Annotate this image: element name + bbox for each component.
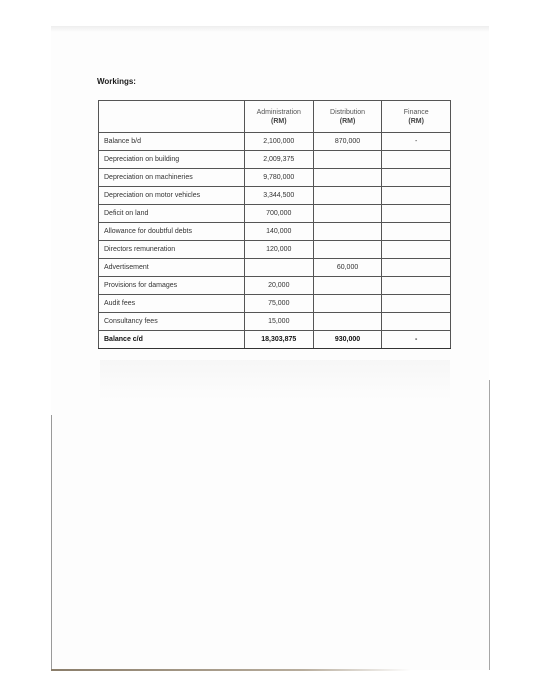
- header-administration-unit: (RM): [250, 117, 308, 126]
- cell-finance: [382, 151, 451, 169]
- row-label: Advertisement: [99, 259, 245, 277]
- show-through-bleed: [100, 360, 450, 400]
- cell-finance: [382, 187, 451, 205]
- page-bottom-edge: [51, 669, 411, 671]
- cell-distribution: [313, 151, 382, 169]
- header-finance-name: Finance: [404, 109, 429, 116]
- row-label: Provisions for damages: [99, 277, 245, 295]
- header-finance: Finance (RM): [382, 101, 451, 133]
- table-body: Balance b/d2,100,000870,000-Depreciation…: [99, 133, 451, 349]
- cell-administration: 75,000: [244, 295, 313, 313]
- row-label: Depreciation on motor vehicles: [99, 187, 245, 205]
- table-header-row: Administration (RM) Distribution (RM) Fi…: [99, 101, 451, 133]
- workings-table: Administration (RM) Distribution (RM) Fi…: [98, 100, 451, 349]
- cell-finance: [382, 295, 451, 313]
- table-row: Deficit on land700,000: [99, 205, 451, 223]
- row-label: Consultancy fees: [99, 313, 245, 331]
- row-label: Depreciation on building: [99, 151, 245, 169]
- cell-administration: 140,000: [244, 223, 313, 241]
- header-empty: [99, 101, 245, 133]
- table-row: Provisions for damages20,000: [99, 277, 451, 295]
- table-row: Depreciation on building2,009,375: [99, 151, 451, 169]
- cell-administration: 700,000: [244, 205, 313, 223]
- total-distribution: 930,000: [313, 331, 382, 349]
- page-right-edge: [489, 380, 490, 670]
- cell-distribution: [313, 187, 382, 205]
- header-distribution: Distribution (RM): [313, 101, 382, 133]
- cell-distribution: [313, 223, 382, 241]
- row-label: Deficit on land: [99, 205, 245, 223]
- header-finance-unit: (RM): [387, 117, 445, 126]
- table-row: Advertisement60,000: [99, 259, 451, 277]
- cell-administration: 2,009,375: [244, 151, 313, 169]
- header-administration: Administration (RM): [244, 101, 313, 133]
- row-label: Directors remuneration: [99, 241, 245, 259]
- row-label: Balance b/d: [99, 133, 245, 151]
- cell-finance: [382, 169, 451, 187]
- cell-distribution: 870,000: [313, 133, 382, 151]
- cell-distribution: [313, 169, 382, 187]
- cell-distribution: [313, 277, 382, 295]
- table-row: Allowance for doubtful debts140,000: [99, 223, 451, 241]
- workings-heading: Workings:: [97, 77, 136, 86]
- cell-finance: [382, 223, 451, 241]
- table-row: Depreciation on machineries9,780,000: [99, 169, 451, 187]
- cell-finance: [382, 205, 451, 223]
- row-label: Allowance for doubtful debts: [99, 223, 245, 241]
- cell-administration: 2,100,000: [244, 133, 313, 151]
- total-administration: 18,303,875: [244, 331, 313, 349]
- header-distribution-unit: (RM): [319, 117, 377, 126]
- cell-distribution: [313, 313, 382, 331]
- cell-administration: [244, 259, 313, 277]
- cell-administration: 15,000: [244, 313, 313, 331]
- header-administration-name: Administration: [257, 109, 301, 116]
- row-label: Audit fees: [99, 295, 245, 313]
- cell-finance: [382, 241, 451, 259]
- cell-administration: 120,000: [244, 241, 313, 259]
- page-left-edge: [51, 415, 52, 671]
- total-finance: -: [382, 331, 451, 349]
- cell-administration: 20,000: [244, 277, 313, 295]
- table-row: Balance b/d2,100,000870,000-: [99, 133, 451, 151]
- table-row: Depreciation on motor vehicles3,344,500: [99, 187, 451, 205]
- table-row: Directors remuneration120,000: [99, 241, 451, 259]
- table-row: Audit fees75,000: [99, 295, 451, 313]
- table-total-row: Balance c/d18,303,875930,000-: [99, 331, 451, 349]
- header-distribution-name: Distribution: [330, 109, 365, 116]
- cell-finance: [382, 277, 451, 295]
- cell-distribution: [313, 205, 382, 223]
- row-label: Depreciation on machineries: [99, 169, 245, 187]
- cell-finance: [382, 259, 451, 277]
- table-row: Consultancy fees15,000: [99, 313, 451, 331]
- cell-administration: 3,344,500: [244, 187, 313, 205]
- cell-distribution: 60,000: [313, 259, 382, 277]
- cell-finance: -: [382, 133, 451, 151]
- cell-finance: [382, 313, 451, 331]
- cell-distribution: [313, 241, 382, 259]
- cell-administration: 9,780,000: [244, 169, 313, 187]
- cell-distribution: [313, 295, 382, 313]
- total-label: Balance c/d: [99, 331, 245, 349]
- page-top-shadow: [51, 26, 489, 32]
